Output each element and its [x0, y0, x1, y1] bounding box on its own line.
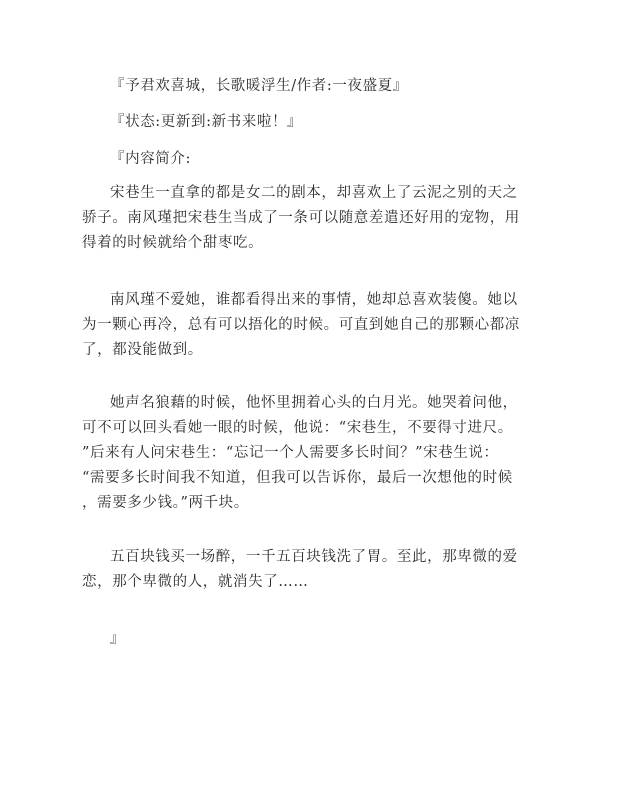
closing-bracket: 』: [110, 627, 125, 651]
synopsis-paragraph-1: 宋巷生一直拿的都是女二的剧本，却喜欢上了云泥之别的天之 骄子。南风瑾把宋巷生当成…: [82, 181, 548, 256]
paragraph-line: 五百块钱买一场醉，一千五百块钱洗了胃。至此，那卑微的爱: [82, 545, 548, 570]
paragraph-line: 得着的时候就给个甜枣吃。: [82, 231, 548, 256]
paragraph-line: “需要多长时间我不知道，但我可以告诉你，最后一次想他的时候: [82, 466, 548, 491]
synopsis-paragraph-4: 五百块钱买一场醉，一千五百块钱洗了胃。至此，那卑微的爱 恋，那个卑微的人，就消失…: [82, 545, 548, 595]
paragraph-line: 了，都没能做到。: [82, 338, 548, 363]
paragraph-line: ”后来有人问宋巷生：“忘记一个人需要多长时间？”宋巷生说：: [82, 441, 548, 466]
synopsis-paragraph-2: 南风瑾不爱她，谁都看得出来的事情，她却总喜欢装傻。她以 为一颗心再冷，总有可以捂…: [82, 288, 548, 363]
paragraph-line: ，需要多少钱。”两千块。: [82, 491, 548, 516]
intro-label: 『内容简介:: [110, 147, 191, 171]
synopsis-paragraph-3: 她声名狼藉的时候，他怀里拥着心头的白月光。她哭着问他， 可不可以回头看她一眼的时…: [82, 391, 548, 516]
paragraph-line: 宋巷生一直拿的都是女二的剧本，却喜欢上了云泥之别的天之: [82, 181, 548, 206]
paragraph-line: 南风瑾不爱她，谁都看得出来的事情，她却总喜欢装傻。她以: [82, 288, 548, 313]
status-line: 『状态:更新到:新书来啦！』: [110, 110, 302, 134]
paragraph-line: 为一颗心再冷，总有可以捂化的时候。可直到她自己的那颗心都凉: [82, 313, 548, 338]
book-title-line: 『予君欢喜城，长歌暖浮生/作者:一夜盛夏』: [110, 74, 408, 98]
paragraph-line: 骄子。南风瑾把宋巷生当成了一条可以随意差遣还好用的宠物，用: [82, 206, 548, 231]
paragraph-line: 恋，那个卑微的人，就消失了……: [82, 570, 548, 595]
paragraph-line: 可不可以回头看她一眼的时候，他说：“宋巷生，不要得寸进尺。: [82, 416, 548, 441]
paragraph-line: 她声名狼藉的时候，他怀里拥着心头的白月光。她哭着问他，: [82, 391, 548, 416]
